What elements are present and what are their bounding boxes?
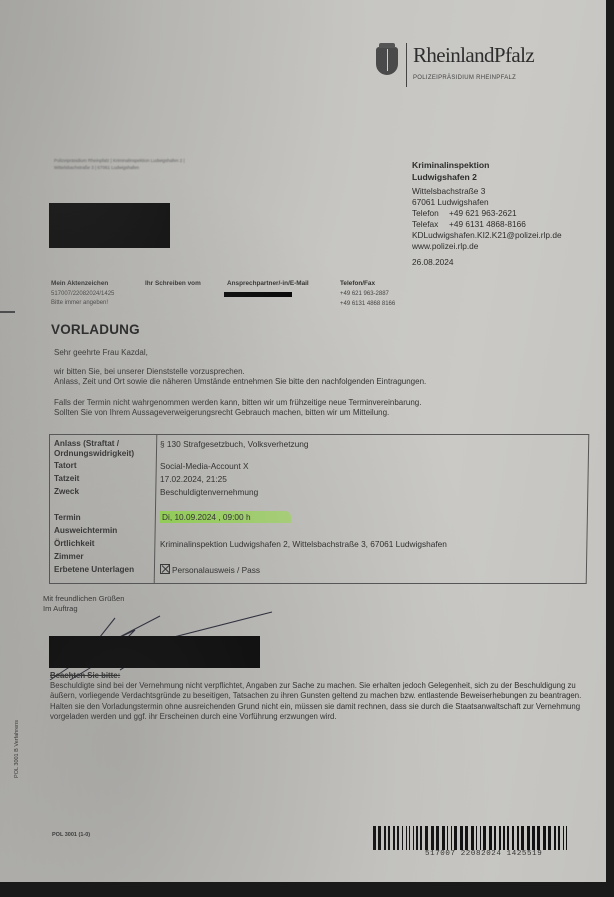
label-appointment: Termin (54, 513, 81, 523)
fax-row: Telefax+49 6131 4868-8166 (412, 219, 562, 230)
letter-title: VORLADUNG (51, 322, 140, 337)
notice-text: Beschuldigte sind bei der Vernehmung nic… (50, 681, 600, 722)
letter-date: 26.08.2024 (412, 257, 562, 268)
department-line-2: Ludwigshafen 2 (412, 172, 562, 184)
fax-value: +49 6131 4868-8166 (449, 219, 526, 229)
letterhead-logo: RheinlandPfalz POLIZEIPRÄSIDIUM RHEINPFA… (376, 43, 534, 87)
barcode (373, 826, 593, 850)
contact-block: Kriminalinspektion Ludwigshafen 2 Wittel… (412, 160, 562, 268)
department-line-1: Kriminalinspektion (412, 160, 562, 172)
checked-box-icon (160, 564, 170, 574)
requested-documents-text: Personalausweis / Pass (172, 565, 260, 575)
para2-line2: Sollten Sie von Ihrem Aussageverweigerun… (54, 408, 389, 418)
phone-value: +49 621 963-2621 (449, 208, 517, 218)
side-form-text: POL 3001 B Verfahrens (14, 720, 20, 778)
notice-heading: Beachten Sie bitte: (50, 671, 600, 681)
phone-row: Telefon+49 621 963-2621 (412, 208, 562, 219)
ref-phone: +49 621 963-2887 (340, 290, 389, 299)
notice-block: Beachten Sie bitte: Beschuldigte sind be… (50, 671, 600, 722)
sender-line-2: Wittelsbachstraße 3 | 67061 Ludwigshafen (54, 164, 185, 171)
para2-line1: Falls der Termin nicht wahrgenommen werd… (54, 398, 421, 408)
email-link[interactable]: KDLudwigshafen.KI2.K21@polizei.rlp.de (412, 230, 562, 241)
redacted-signer-name (49, 636, 260, 668)
label-crime-time: Tatzeit (54, 474, 79, 484)
street: Wittelsbachstraße 3 (412, 186, 562, 197)
my-ref-note: Bitte immer angeben! (51, 299, 108, 308)
website-link[interactable]: www.polizei.rlp.de (412, 241, 562, 252)
my-ref-value: 517007/22082024/1425 (51, 290, 114, 299)
value-purpose: Beschuldigtenvernehmung (160, 487, 258, 497)
closing-greeting: Mit freundlichen Grüßen (43, 594, 124, 604)
label-purpose: Zweck (54, 487, 79, 497)
contact-person-label: Ansprechpartner/-in/E-Mail (227, 280, 309, 287)
my-ref-label: Mein Aktenzeichen (51, 280, 108, 287)
barcode-number: 517007 22082024 1425519 (425, 850, 542, 858)
fold-mark (0, 311, 15, 313)
label-reason: Anlass (Straftat / Ordnungswidrigkeit) (54, 439, 154, 458)
value-crime-scene: Social-Media-Account X (160, 461, 249, 471)
appointment-highlight: Di, 10.09.2024 , 09:00 h (160, 511, 291, 523)
label-requested-documents: Erbetene Unterlagen (54, 565, 134, 575)
details-box-right (154, 434, 590, 584)
fax-label: Telefax (412, 219, 449, 230)
label-crime-scene: Tatort (54, 461, 77, 471)
your-letter-label: Ihr Schreiben vom (145, 280, 201, 287)
salutation: Sehr geehrte Frau Kazdal, (54, 348, 148, 358)
letter-page: RheinlandPfalz POLIZEIPRÄSIDIUM RHEINPFA… (0, 0, 606, 882)
coat-of-arms-icon (376, 47, 398, 75)
label-location: Örtlichkeit (54, 539, 95, 549)
value-reason: § 130 Strafgesetzbuch, Volksverhetzung (160, 439, 309, 449)
sender-return-address: Polizeipräsidium Rheinpfalz | Kriminalin… (54, 157, 185, 171)
phone-label: Telefon (412, 208, 449, 219)
value-location: Kriminalinspektion Ludwigshafen 2, Witte… (160, 539, 447, 549)
authority-name: POLIZEIPRÄSIDIUM RHEINPFALZ (413, 75, 534, 81)
value-crime-time: 17.02.2024, 21:25 (160, 474, 227, 484)
para1-line1: wir bitten Sie, bei unserer Dienststelle… (54, 367, 245, 377)
form-number: POL 3001 (1-0) (52, 832, 90, 838)
logo-divider (406, 43, 407, 87)
redacted-contact-person (224, 292, 292, 297)
sender-line-1: Polizeipräsidium Rheinpfalz | Kriminalin… (54, 157, 185, 164)
ref-fax: +49 6131 4868 8166 (340, 300, 395, 309)
value-requested-documents: Personalausweis / Pass (160, 564, 260, 575)
para1-line2: Anlass, Zeit und Ort sowie die näheren U… (54, 377, 426, 387)
label-room: Zimmer (54, 552, 84, 562)
city: 67061 Ludwigshafen (412, 197, 562, 208)
state-name: RheinlandPfalz (413, 43, 534, 67)
label-alternative-date: Ausweichtermin (54, 526, 117, 536)
phone-fax-label: Telefon/Fax (340, 280, 375, 287)
redacted-recipient-address (49, 203, 170, 248)
value-appointment: Di, 10.09.2024 , 09:00 h (160, 512, 291, 522)
